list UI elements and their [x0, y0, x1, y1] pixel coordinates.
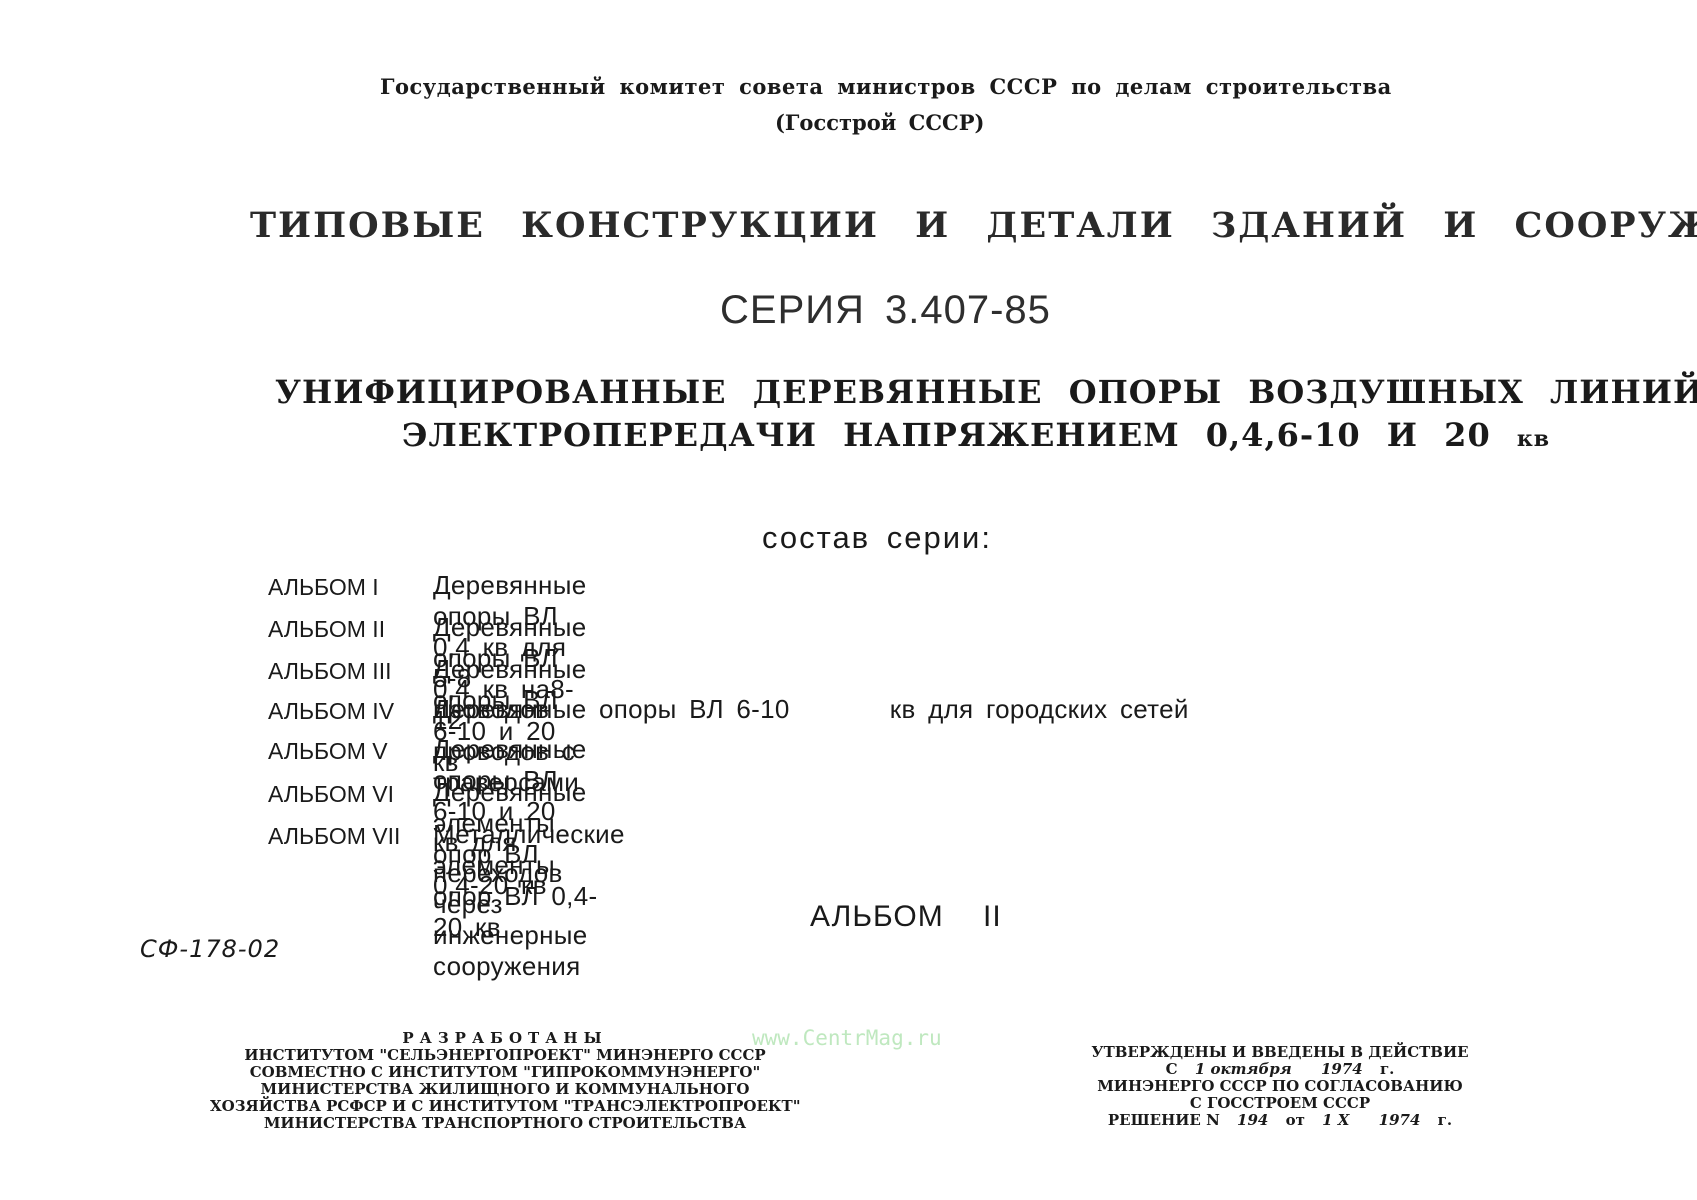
approval-line-4: С ГОССТРОЕМ СССР	[1080, 1095, 1480, 1112]
approval-date: 1 октября	[1195, 1060, 1292, 1078]
series-title-line-2-text: ЭЛЕКТРОПЕРЕДАЧИ НАПРЯЖЕНИЕМ 0,4,6-10 И 2…	[402, 416, 1491, 454]
approval-year: 1974	[1321, 1060, 1363, 1078]
decision-from: от	[1286, 1111, 1305, 1129]
decision-number: 194	[1237, 1111, 1268, 1129]
approval-date-prefix: С	[1166, 1060, 1178, 1078]
album-number: АЛЬБОМ IV	[268, 698, 428, 725]
developed-line: МИНИСТЕРСТВА ТРАНСПОРТНОГО СТРОИТЕЛЬСТВА	[210, 1115, 800, 1132]
current-album-label: АЛЬБОМ II	[810, 900, 1002, 934]
decision-date: 1 X	[1322, 1111, 1349, 1129]
committee-abbreviation: (Госстрой СССР)	[775, 110, 984, 135]
document-category-title: ТИПОВЫЕ КОНСТРУКЦИИ И ДЕТАЛИ ЗДАНИЙ И СО…	[250, 205, 1697, 246]
watermark-link[interactable]: www.CentrMag.ru	[752, 1026, 942, 1050]
document-code: СФ-178-02	[140, 935, 280, 963]
decision-prefix: РЕШЕНИЕ N	[1108, 1111, 1220, 1129]
approval-line-2: С 1 октября 1974 г.	[1080, 1061, 1480, 1078]
album-number: АЛЬБОМ II	[268, 616, 428, 643]
series-title-line-2: ЭЛЕКТРОПЕРЕДАЧИ НАПРЯЖЕНИЕМ 0,4,6-10 И 2…	[402, 416, 1550, 454]
album-number: АЛЬБОМ VII	[268, 823, 428, 850]
decision-line: РЕШЕНИЕ N 194 от 1 X 1974 г.	[1080, 1112, 1480, 1129]
approval-block: УТВЕРЖДЕНЫ И ВВЕДЕНЫ В ДЕЙСТВИЕ С 1 октя…	[1080, 1044, 1480, 1129]
album-description: Деревянные опоры ВЛ 6-10 кв для городски…	[433, 694, 1189, 725]
developed-line: ИНСТИТУТОМ "СЕЛЬЭНЕРГОПРОЕКТ" МИНЭНЕРГО …	[210, 1047, 800, 1064]
developed-line: МИНИСТЕРСТВА ЖИЛИЩНОГО И КОММУНАЛЬНОГО	[210, 1081, 800, 1098]
series-number: СЕРИЯ 3.407-85	[720, 288, 1051, 333]
album-number: АЛЬБОМ III	[268, 658, 428, 685]
album-description: Металлические элементы опор ВЛ 0,4-20 кв	[433, 819, 625, 943]
voltage-unit: кв	[1517, 426, 1550, 452]
decision-year-suffix: г.	[1438, 1111, 1452, 1129]
committee-name: Государственный комитет совета министров…	[380, 74, 1392, 99]
approval-line-1: УТВЕРЖДЕНЫ И ВВЕДЕНЫ В ДЕЙСТВИЕ	[1080, 1044, 1480, 1061]
series-title-line-1: УНИФИЦИРОВАННЫЕ ДЕРЕВЯННЫЕ ОПОРЫ ВОЗДУШН…	[275, 373, 1697, 411]
developed-line: ХОЗЯЙСТВА РСФСР И С ИНСТИТУТОМ "ТРАНСЭЛЕ…	[210, 1098, 800, 1115]
approval-year-suffix: г.	[1380, 1060, 1394, 1078]
album-number: АЛЬБОМ VI	[268, 781, 428, 808]
developed-line: СОВМЕСТНО С ИНСТИТУТОМ "ГИПРОКОММУНЭНЕРГ…	[210, 1064, 800, 1081]
album-number: АЛЬБОМ V	[268, 738, 428, 765]
developed-heading: РАЗРАБОТАНЫ	[210, 1030, 800, 1047]
developed-by-block: РАЗРАБОТАНЫ ИНСТИТУТОМ "СЕЛЬЭНЕРГОПРОЕКТ…	[210, 1030, 800, 1132]
album-number: АЛЬБОМ I	[268, 574, 428, 601]
decision-year: 1974	[1379, 1111, 1421, 1129]
approval-line-3: МИНЭНЕРГО СССР ПО СОГЛАСОВАНИЮ	[1080, 1078, 1480, 1095]
series-composition-label: состав серии:	[762, 520, 992, 556]
